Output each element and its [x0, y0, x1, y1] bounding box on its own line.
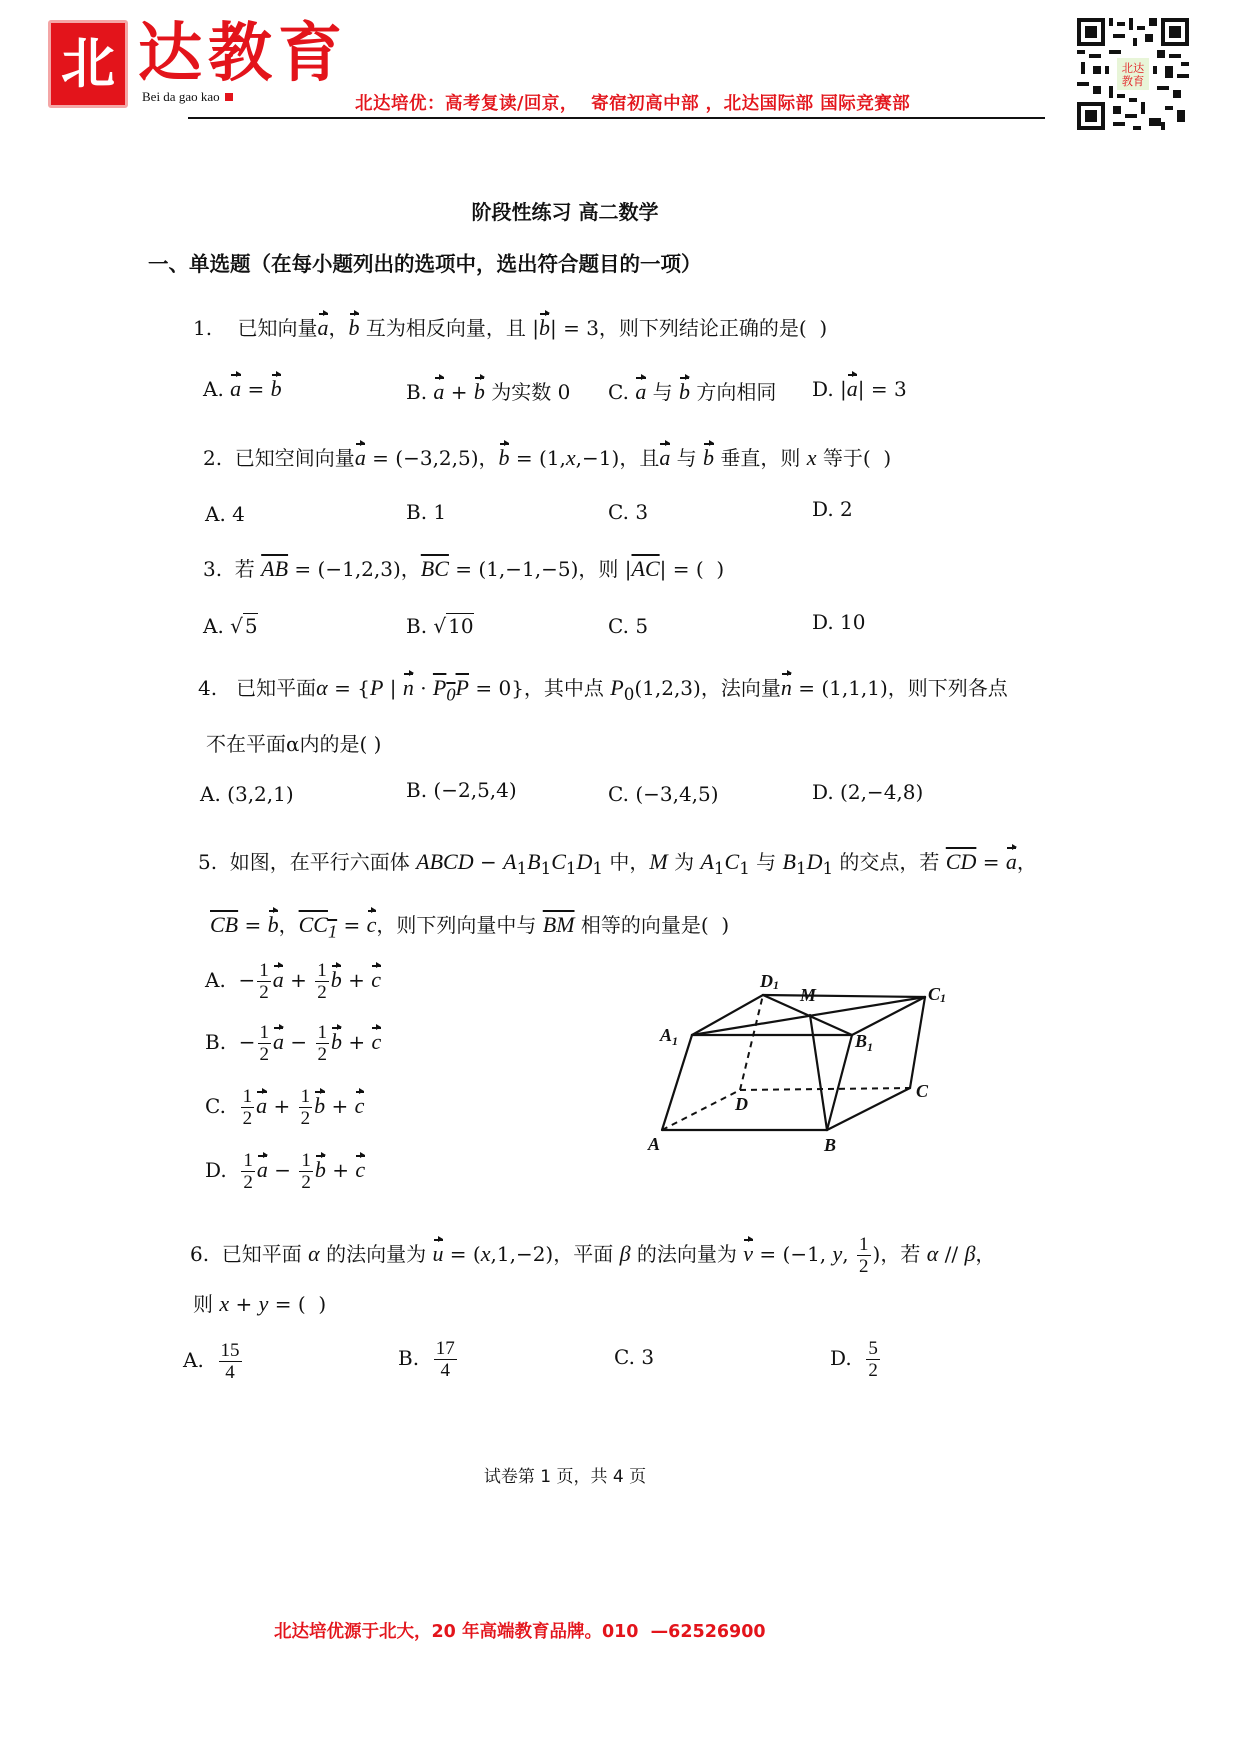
option-text: (−3,4,5) — [635, 782, 718, 806]
svg-text:C: C — [916, 1081, 929, 1101]
option-label: D. — [812, 610, 834, 634]
svg-text:北达: 北达 — [1122, 61, 1145, 75]
option-label: A. — [205, 502, 226, 526]
page-indicator: 试卷第 1 页，共 4 页 — [0, 1462, 1130, 1487]
question-6: 6. 已知平面 α 的法向量为 u = (x,1,−2)，平面 β 的法向量为 … — [190, 1234, 995, 1277]
question-number: 2. — [203, 446, 222, 470]
q6-option-c[interactable]: C. 3 — [614, 1345, 654, 1369]
svg-text:B1: B1 — [854, 1031, 873, 1054]
option-label: D. — [812, 497, 834, 521]
q2-option-d[interactable]: D. 2 — [812, 497, 853, 521]
brand-pinyin-text: Bei da gao kao — [142, 89, 220, 104]
q4-option-a[interactable]: A. (3,2,1) — [200, 782, 294, 806]
option-label: D. — [812, 780, 834, 804]
option-label: B. — [406, 500, 427, 524]
question-2: 2. 已知空间向量a = (−3,2,5)，b = (1,x,−1)，且a 与 … — [203, 442, 891, 471]
q5-option-c[interactable]: C. 12a + 12b + c — [205, 1086, 364, 1129]
question-6-line2: 则 x + y = ( ) — [193, 1288, 326, 1317]
q2-option-a[interactable]: A. 4 — [205, 502, 245, 526]
question-number: 6. — [190, 1242, 209, 1266]
section-heading: 一、单选题（在每小题列出的选项中，选出符合题目的一项） — [148, 247, 702, 277]
svg-text:C1: C1 — [928, 984, 946, 1005]
svg-text:B: B — [823, 1135, 836, 1155]
question-number: 1. — [193, 316, 212, 340]
question-4-line2: 不在平面α内的是( ) — [206, 728, 381, 757]
option-label: C. — [608, 782, 629, 806]
option-text: (−2,5,4) — [433, 778, 516, 802]
option-label: C. — [608, 614, 629, 638]
q1-option-b[interactable]: B. a + b 为实数 0 — [406, 376, 570, 405]
q4-option-b[interactable]: B. (−2,5,4) — [406, 778, 517, 802]
option-label: B. — [406, 778, 427, 802]
footer-slogan: 北达培优源于北大，20 年高端教育品牌。010 —62526900 — [274, 1618, 766, 1643]
q1-option-c[interactable]: C. a 与 b 方向相同 — [608, 376, 776, 405]
brand-pinyin: Bei da gao kao — [142, 89, 233, 105]
q6-option-b[interactable]: B. 174 — [398, 1338, 459, 1381]
option-text: 3 — [635, 500, 648, 524]
option-text: 2 — [840, 497, 853, 521]
question-5: 5. 如图，在平行六面体 ABCD − A1B1C1D1 中，M 为 A1C1 … — [198, 846, 1037, 878]
q6-option-a[interactable]: A. 154 — [183, 1340, 244, 1383]
svg-text:教育: 教育 — [1122, 74, 1144, 88]
logo-char: 北 — [51, 23, 125, 105]
option-label: C. — [614, 1345, 635, 1369]
document-title: 阶段性练习 高二数学 — [0, 196, 1130, 225]
option-text: 1 — [433, 500, 446, 524]
q1-option-d[interactable]: D. |a| = 3 — [812, 376, 907, 402]
option-text: 4 — [232, 502, 245, 526]
svg-text:D1: D1 — [759, 971, 779, 992]
option-text: 5 — [635, 614, 648, 638]
q3-option-a[interactable]: A. √5 — [203, 614, 258, 638]
q4-option-d[interactable]: D. (2,−4,8) — [812, 780, 923, 804]
question-number: 3. — [203, 557, 222, 581]
option-text: 3 — [641, 1345, 654, 1369]
option-text: (3,2,1) — [227, 782, 294, 806]
qr-code-icon: 北达 教育 — [1077, 18, 1189, 130]
q3-option-d[interactable]: D. 10 — [812, 610, 866, 634]
q3-option-b[interactable]: B. √10 — [406, 614, 474, 638]
parallelepiped-figure: A B C D A1 B1 C1 D1 M — [640, 955, 960, 1159]
q5-option-d[interactable]: D. 12a − 12b + c — [205, 1150, 365, 1193]
q5-option-a[interactable]: A. −12a + 12b + c — [205, 960, 381, 1003]
option-label: A. — [200, 782, 221, 806]
question-4: 4. 已知平面α = {P | n · P0P = 0}，其中点 P0(1,2,… — [198, 672, 1008, 705]
question-5-line2: CB = b，CC1 = c，则下列向量中与 BM 相等的向量是( ) — [210, 909, 729, 942]
q1-option-a[interactable]: A. a = b — [203, 376, 282, 402]
svg-text:A1: A1 — [659, 1025, 678, 1048]
q5-option-b[interactable]: B. −12a − 12b + c — [205, 1022, 381, 1065]
brand-logo: 北 — [48, 20, 128, 108]
q3-option-c[interactable]: C. 5 — [608, 614, 648, 638]
question-3: 3. 若 AB = (−1,2,3)，BC = (1,−1,−5)，则 |AC|… — [203, 553, 724, 582]
option-label: C. — [608, 500, 629, 524]
q6-option-d[interactable]: D. 52 — [830, 1338, 882, 1381]
svg-text:A: A — [647, 1134, 660, 1154]
question-1: 1. 已知向量a，b 互为相反向量，且 |b| = 3，则下列结论正确的是( ) — [193, 312, 827, 341]
q2-option-c[interactable]: C. 3 — [608, 500, 648, 524]
brand-name: 达教育 — [138, 18, 348, 90]
question-number: 5. — [198, 850, 217, 874]
svg-text:M: M — [799, 985, 817, 1005]
red-square-icon — [225, 93, 233, 101]
option-text: 10 — [840, 610, 865, 634]
header-slogan: 北达培优：高考复读/回京， 寄宿初高中部 ，北达国际部 国际竞赛部 — [355, 90, 910, 115]
question-number: 4. — [198, 676, 217, 700]
option-text: (2,−4,8) — [840, 780, 923, 804]
q2-option-b[interactable]: B. 1 — [406, 500, 446, 524]
svg-text:D: D — [734, 1094, 748, 1114]
q4-option-c[interactable]: C. (−3,4,5) — [608, 782, 719, 806]
header-divider — [188, 117, 1045, 119]
